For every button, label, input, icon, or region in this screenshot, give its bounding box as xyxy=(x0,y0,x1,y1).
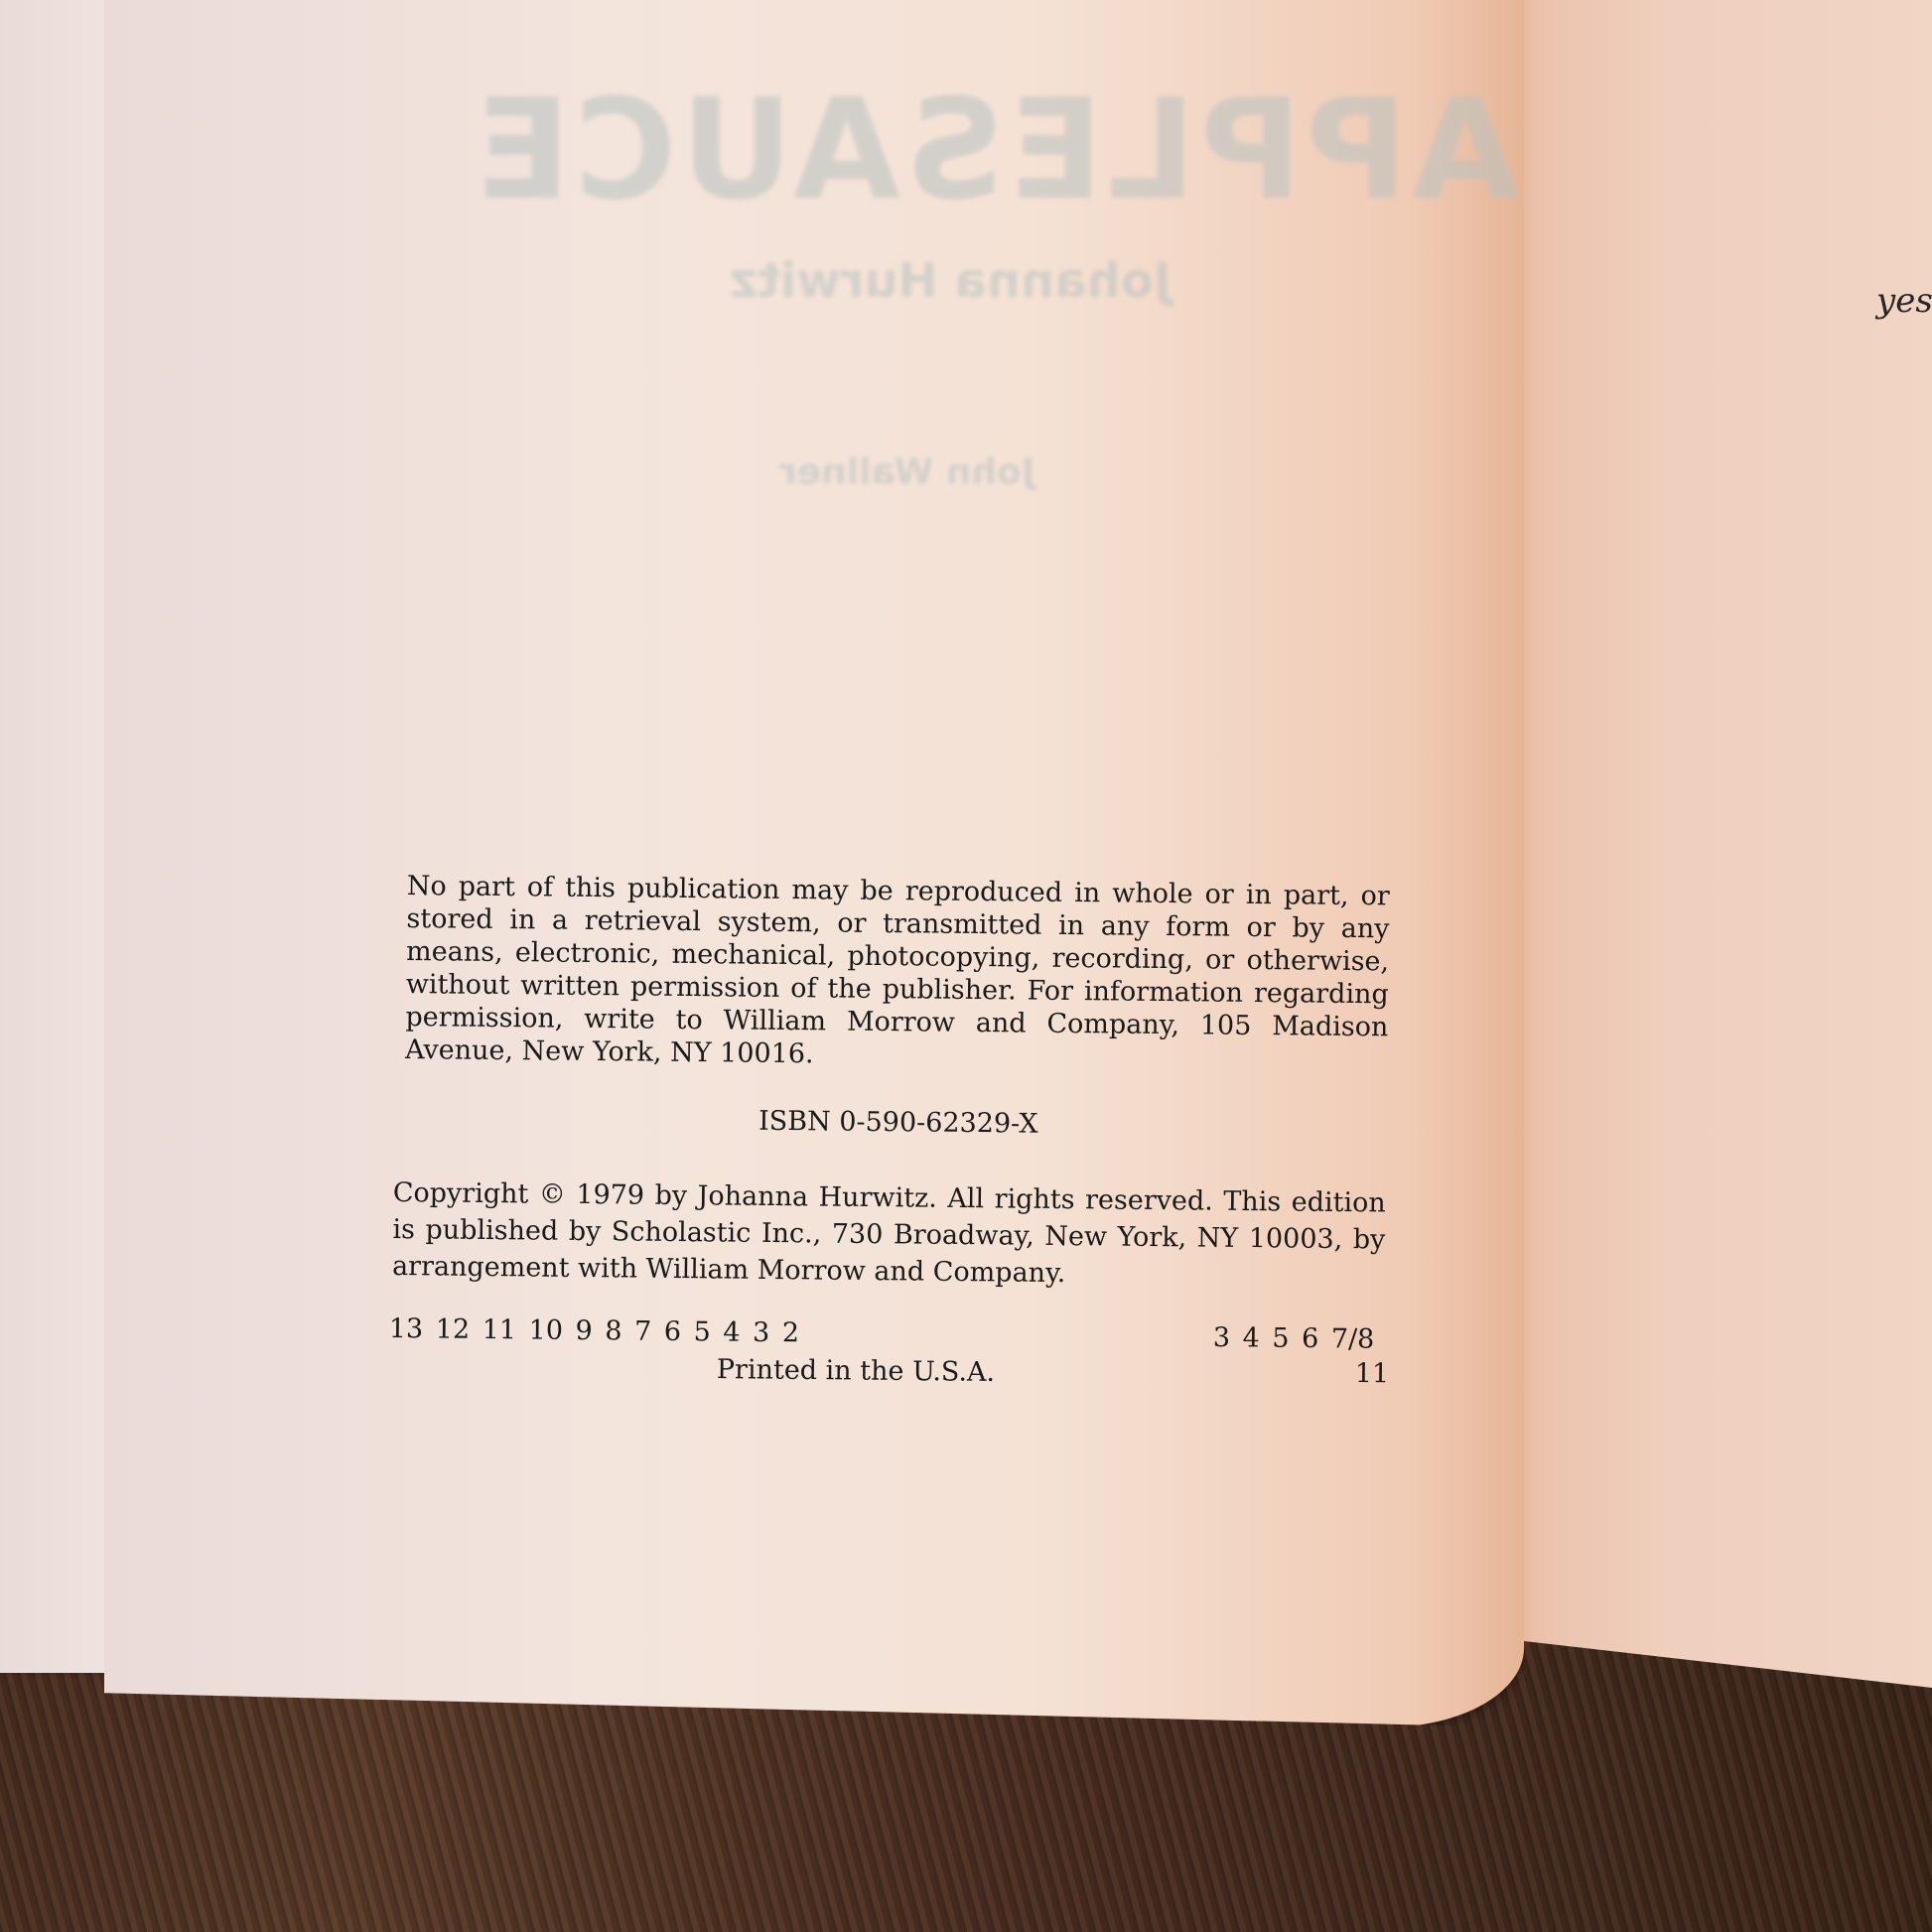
copyright-statement: Copyright © 1979 by Johanna Hurwitz. All… xyxy=(392,1174,1386,1295)
showthrough-title: APPLESAUCE xyxy=(472,69,1519,231)
showthrough-author: Johanna Hurwitz xyxy=(730,253,1172,309)
year-numbers: 3 4 5 6 7/8 xyxy=(1213,1322,1375,1355)
right-facing-page xyxy=(1489,0,1932,1688)
printing-numbers: 13 12 11 10 9 8 7 6 5 4 3 2 xyxy=(389,1313,800,1348)
copyright-page: APPLESAUCE Johanna Hurwitz John Wallner xyxy=(104,0,1524,1727)
rights-notice: No part of this publication may be repro… xyxy=(405,870,1390,1076)
print-code: 11 xyxy=(1355,1358,1390,1389)
right-page-partial-text: yes xyxy=(1876,281,1932,321)
showthrough-illustrator: John Wallner xyxy=(779,452,1035,492)
printed-in: Printed in the U.S.A. xyxy=(717,1354,996,1388)
